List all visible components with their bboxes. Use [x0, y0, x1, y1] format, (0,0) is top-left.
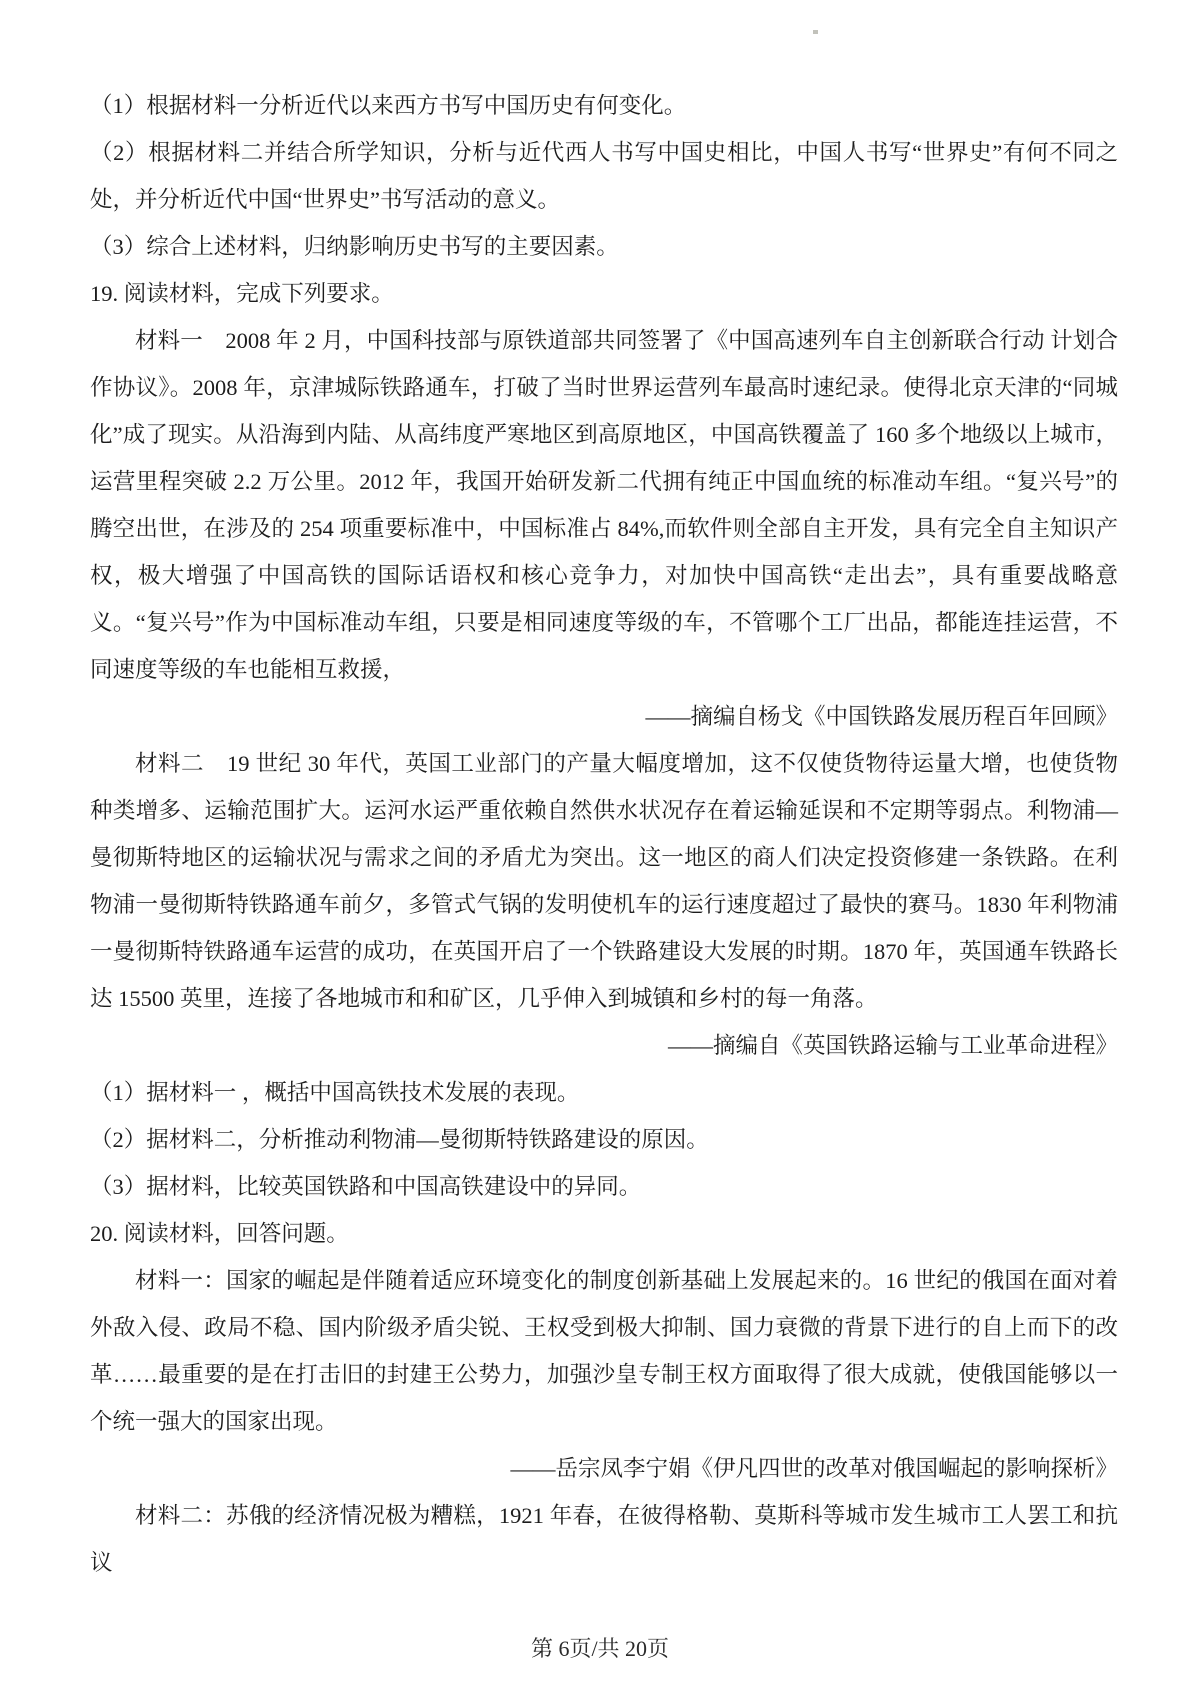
- question-19-material-1: 材料一 2008 年 2 月，中国科技部与原铁道部共同签署了《中国高速列车自主创…: [90, 317, 1118, 693]
- question-19-material-1-source: ——摘编自杨戈《中国铁路发展历程百年回顾》: [90, 693, 1118, 740]
- question-18-part-2: （2）根据材料二并结合所学知识，分析与近代西人书写中国史相比，中国人书写“世界史…: [90, 129, 1118, 223]
- question-20-material-2: 材料二：苏俄的经济情况极为糟糕，1921 年春，在彼得格勒、莫斯科等城市发生城市…: [90, 1492, 1118, 1586]
- scan-artifact-dot: [813, 30, 818, 34]
- question-20-material-1-source: ——岳宗凤李宁娟《伊凡四世的改革对俄国崛起的影响探析》: [90, 1445, 1118, 1492]
- question-20-material-1: 材料一：国家的崛起是伴随着适应环境变化的制度创新基础上发展起来的。16 世纪的俄…: [90, 1257, 1118, 1445]
- question-19-header: 19. 阅读材料，完成下列要求。: [90, 270, 1118, 317]
- question-18-part-1: （1）根据材料一分析近代以来西方书写中国历史有何变化。: [90, 82, 1118, 129]
- question-20-header: 20. 阅读材料，回答问题。: [90, 1210, 1118, 1257]
- question-18-part-3: （3）综合上述材料，归纳影响历史书写的主要因素。: [90, 223, 1118, 270]
- question-19-part-3: （3）据材料，比较英国铁路和中国高铁建设中的异同。: [90, 1163, 1118, 1210]
- document-body: （1）根据材料一分析近代以来西方书写中国历史有何变化。 （2）根据材料二并结合所…: [90, 82, 1118, 1586]
- question-19-material-2-source: ——摘编自《英国铁路运输与工业革命进程》: [90, 1022, 1118, 1069]
- exam-document-page: （1）根据材料一分析近代以来西方书写中国历史有何变化。 （2）根据材料二并结合所…: [0, 0, 1200, 1698]
- question-19-part-1: （1）据材料一 ，概括中国高铁技术发展的表现。: [90, 1069, 1118, 1116]
- page-number-footer: 第 6页/共 20页: [0, 1634, 1200, 1664]
- question-19-material-2: 材料二 19 世纪 30 年代，英国工业部门的产量大幅度增加，这不仅使货物待运量…: [90, 740, 1118, 1022]
- question-19-part-2: （2）据材料二，分析推动利物浦—曼彻斯特铁路建设的原因。: [90, 1116, 1118, 1163]
